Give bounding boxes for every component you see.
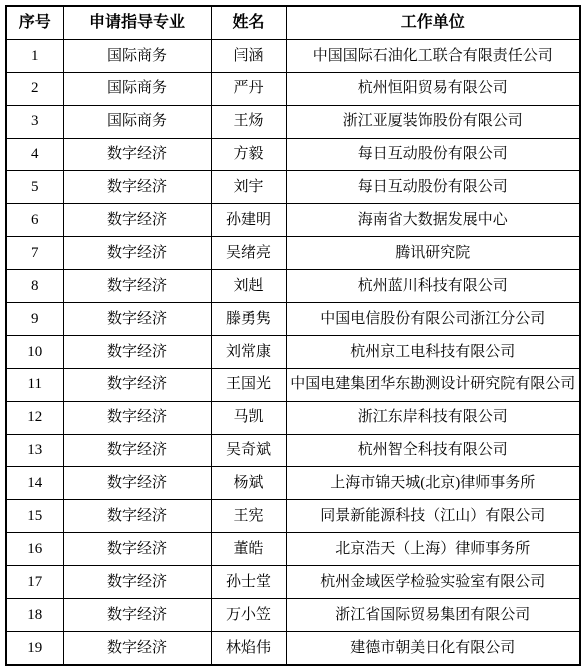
page: 序号 申请指导专业 姓名 工作单位 1国际商务闫涵中国国际石油化工联合有限责任公… (0, 0, 588, 669)
cell-employer: 杭州金域医学检验实验室有限公司 (286, 566, 580, 599)
cell-major: 数字经济 (63, 599, 211, 632)
cell-major: 数字经济 (63, 138, 211, 171)
cell-major: 数字经济 (63, 303, 211, 336)
cell-name: 万小笠 (211, 599, 286, 632)
cell-major: 国际商务 (63, 39, 211, 72)
cell-name: 闫涵 (211, 39, 286, 72)
cell-employer: 杭州智仝科技有限公司 (286, 434, 580, 467)
cell-name: 王国光 (211, 368, 286, 401)
table-row: 11数字经济王国光中国电建集团华东勘测设计研究院有限公司 (6, 368, 580, 401)
cell-name: 吴奇斌 (211, 434, 286, 467)
cell-no: 9 (6, 303, 63, 336)
cell-name: 刘常康 (211, 335, 286, 368)
cell-no: 3 (6, 105, 63, 138)
cell-no: 13 (6, 434, 63, 467)
cell-major: 数字经济 (63, 631, 211, 664)
cell-name: 王炀 (211, 105, 286, 138)
cell-employer: 腾讯研究院 (286, 237, 580, 270)
cell-name: 孙士堂 (211, 566, 286, 599)
cell-no: 11 (6, 368, 63, 401)
cell-no: 8 (6, 270, 63, 303)
cell-no: 2 (6, 72, 63, 105)
cell-major: 数字经济 (63, 237, 211, 270)
cell-employer: 杭州蓝川科技有限公司 (286, 270, 580, 303)
cell-major: 数字经济 (63, 270, 211, 303)
cell-no: 1 (6, 39, 63, 72)
cell-major: 数字经济 (63, 467, 211, 500)
table-header: 序号 申请指导专业 姓名 工作单位 (6, 6, 580, 39)
cell-no: 16 (6, 533, 63, 566)
cell-major: 数字经济 (63, 335, 211, 368)
cell-name: 刘赳 (211, 270, 286, 303)
table-row: 9数字经济滕勇隽中国电信股份有限公司浙江分公司 (6, 303, 580, 336)
column-header-no: 序号 (6, 6, 63, 39)
header-row: 序号 申请指导专业 姓名 工作单位 (6, 6, 580, 39)
cell-name: 滕勇隽 (211, 303, 286, 336)
cell-employer: 中国国际石油化工联合有限责任公司 (286, 39, 580, 72)
table-row: 19数字经济林焰伟建德市朝美日化有限公司 (6, 631, 580, 664)
table-row: 13数字经济吴奇斌杭州智仝科技有限公司 (6, 434, 580, 467)
cell-major: 数字经济 (63, 434, 211, 467)
table-body: 1国际商务闫涵中国国际石油化工联合有限责任公司2国际商务严丹杭州恒阳贸易有限公司… (6, 39, 580, 664)
table-row: 10数字经济刘常康杭州京工电科技有限公司 (6, 335, 580, 368)
cell-employer: 中国电建集团华东勘测设计研究院有限公司 (286, 368, 580, 401)
cell-no: 7 (6, 237, 63, 270)
table-row: 15数字经济王宪同景新能源科技（江山）有限公司 (6, 500, 580, 533)
cell-no: 10 (6, 335, 63, 368)
table-row: 4数字经济方毅每日互动股份有限公司 (6, 138, 580, 171)
table-row: 14数字经济杨斌上海市锦天城(北京)律师事务所 (6, 467, 580, 500)
table-row: 8数字经济刘赳杭州蓝川科技有限公司 (6, 270, 580, 303)
cell-no: 4 (6, 138, 63, 171)
cell-employer: 海南省大数据发展中心 (286, 204, 580, 237)
cell-name: 林焰伟 (211, 631, 286, 664)
cell-no: 15 (6, 500, 63, 533)
cell-employer: 浙江东岸科技有限公司 (286, 401, 580, 434)
cell-name: 马凯 (211, 401, 286, 434)
column-header-major: 申请指导专业 (63, 6, 211, 39)
cell-name: 王宪 (211, 500, 286, 533)
cell-employer: 每日互动股份有限公司 (286, 138, 580, 171)
cell-employer: 同景新能源科技（江山）有限公司 (286, 500, 580, 533)
table-row: 18数字经济万小笠浙江省国际贸易集团有限公司 (6, 599, 580, 632)
cell-employer: 中国电信股份有限公司浙江分公司 (286, 303, 580, 336)
cell-major: 数字经济 (63, 533, 211, 566)
cell-name: 刘宇 (211, 171, 286, 204)
cell-name: 杨斌 (211, 467, 286, 500)
cell-employer: 浙江省国际贸易集团有限公司 (286, 599, 580, 632)
cell-no: 5 (6, 171, 63, 204)
cell-name: 严丹 (211, 72, 286, 105)
cell-employer: 建德市朝美日化有限公司 (286, 631, 580, 664)
table-row: 7数字经济吴绪亮腾讯研究院 (6, 237, 580, 270)
cell-name: 董皓 (211, 533, 286, 566)
cell-name: 吴绪亮 (211, 237, 286, 270)
table-row: 6数字经济孙建明海南省大数据发展中心 (6, 204, 580, 237)
cell-major: 数字经济 (63, 204, 211, 237)
cell-major: 国际商务 (63, 72, 211, 105)
cell-name: 孙建明 (211, 204, 286, 237)
cell-major: 数字经济 (63, 401, 211, 434)
table-row: 2国际商务严丹杭州恒阳贸易有限公司 (6, 72, 580, 105)
table-row: 5数字经济刘宇每日互动股份有限公司 (6, 171, 580, 204)
cell-major: 数字经济 (63, 171, 211, 204)
cell-no: 6 (6, 204, 63, 237)
cell-no: 18 (6, 599, 63, 632)
table-row: 17数字经济孙士堂杭州金域医学检验实验室有限公司 (6, 566, 580, 599)
cell-employer: 上海市锦天城(北京)律师事务所 (286, 467, 580, 500)
cell-employer: 杭州京工电科技有限公司 (286, 335, 580, 368)
table-row: 1国际商务闫涵中国国际石油化工联合有限责任公司 (6, 39, 580, 72)
cell-no: 17 (6, 566, 63, 599)
cell-no: 19 (6, 631, 63, 664)
cell-major: 数字经济 (63, 500, 211, 533)
column-header-name: 姓名 (211, 6, 286, 39)
applicant-roster-table: 序号 申请指导专业 姓名 工作单位 1国际商务闫涵中国国际石油化工联合有限责任公… (5, 5, 581, 666)
cell-employer: 浙江亚厦装饰股份有限公司 (286, 105, 580, 138)
table-row: 12数字经济马凯浙江东岸科技有限公司 (6, 401, 580, 434)
table-row: 3国际商务王炀浙江亚厦装饰股份有限公司 (6, 105, 580, 138)
cell-no: 14 (6, 467, 63, 500)
cell-major: 数字经济 (63, 566, 211, 599)
cell-major: 国际商务 (63, 105, 211, 138)
cell-name: 方毅 (211, 138, 286, 171)
column-header-employer: 工作单位 (286, 6, 580, 39)
cell-no: 12 (6, 401, 63, 434)
cell-employer: 杭州恒阳贸易有限公司 (286, 72, 580, 105)
cell-employer: 北京浩天（上海）律师事务所 (286, 533, 580, 566)
table-row: 16数字经济董皓北京浩天（上海）律师事务所 (6, 533, 580, 566)
cell-major: 数字经济 (63, 368, 211, 401)
cell-employer: 每日互动股份有限公司 (286, 171, 580, 204)
